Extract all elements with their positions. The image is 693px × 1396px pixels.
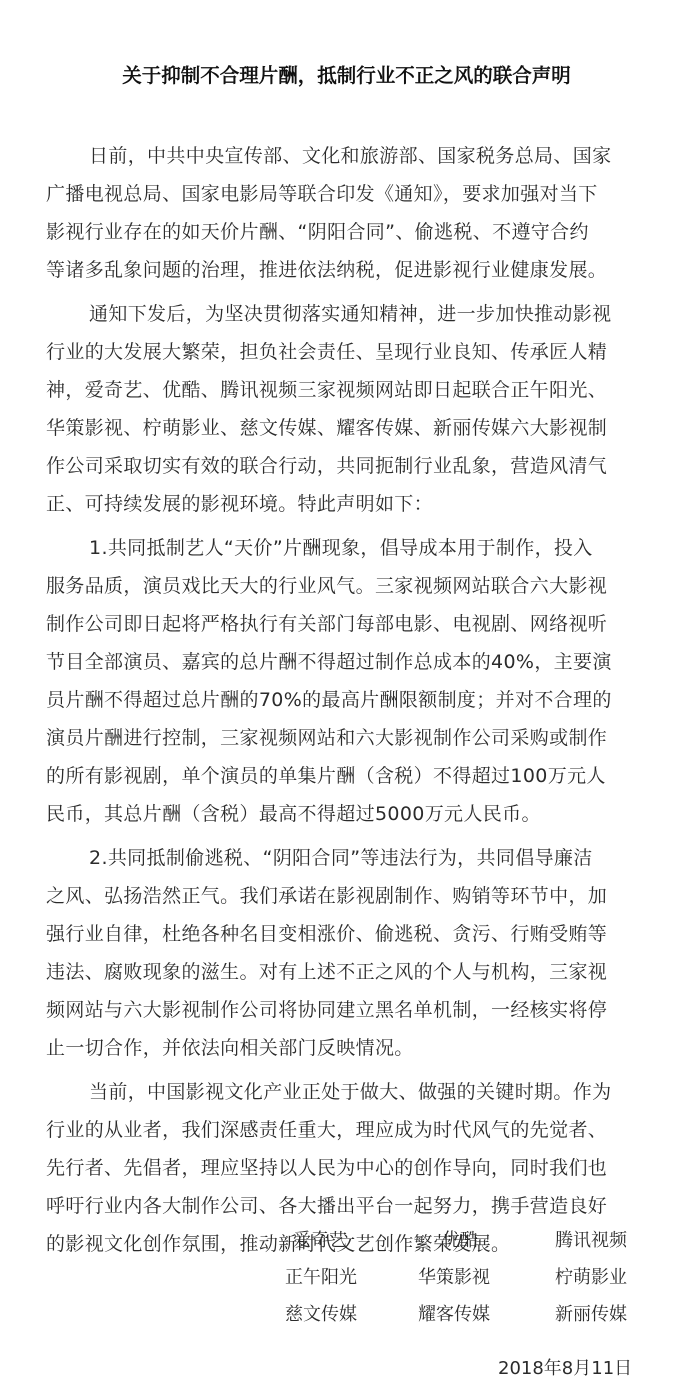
text-line: 华策影视、柠萌影业、慈文传媒、耀客传媒、新丽传媒六大影视制 xyxy=(46,409,646,447)
text-line: 通知下发后，为坚决贯彻落实通知精神，进一步加快推动影视 xyxy=(46,295,646,333)
text-line: 节目全部演员、嘉宾的总片酬不得超过制作总成本的40%，主要演 xyxy=(46,643,646,681)
paragraph-point-1: 1.共同抵制艺人“天价”片酬现象，倡导成本用于制作，投入 服务品质，演员戏比天大… xyxy=(46,529,646,833)
text-line: 之风、弘扬浩然正气。我们承诺在影视剧制作、购销等环节中，加 xyxy=(46,877,646,915)
text-line: 作公司采取切实有效的联合行动，共同扼制行业乱象，营造风清气 xyxy=(46,447,646,485)
signatory: 耀客传媒 xyxy=(418,1300,490,1326)
signatory: 正午阳光 xyxy=(285,1263,357,1289)
signatory: 腾讯视频 xyxy=(555,1226,627,1252)
document-date: 2018年8月11日 xyxy=(498,1354,632,1380)
text-line: 先行者、先倡者，理应坚持以人民为中心的创作导向，同时我们也 xyxy=(46,1149,646,1187)
signatory-row: 正午阳光 华策影视 柠萌影业 xyxy=(0,1263,693,1300)
signatory: 新丽传媒 xyxy=(555,1300,627,1326)
text-line: 员片酬不得超过总片酬的70%的最高片酬限额制度；并对不合理的 xyxy=(46,681,646,719)
text-line: 制作公司即日起将严格执行有关部门每部电影、电视剧、网络视听 xyxy=(46,605,646,643)
text-line: 频网站与六大影视制作公司将协同建立黑名单机制，一经核实将停 xyxy=(46,991,646,1029)
signatory: 优酷 xyxy=(442,1226,478,1252)
signatory-row: 爱奇艺 优酷 腾讯视频 xyxy=(0,1226,693,1263)
text-line: 影视行业存在的如天价片酬、“阴阳合同”、偷逃税、不遵守合约 xyxy=(46,213,646,251)
text-line: 日前，中共中央宣传部、文化和旅游部、国家税务总局、国家 xyxy=(46,137,646,175)
document-title: 关于抑制不合理片酬，抵制行业不正之风的联合声明 xyxy=(0,60,693,88)
text-line: 的所有影视剧，单个演员的单集片酬（含税）不得超过100万元人 xyxy=(46,757,646,795)
signatory-row: 慈文传媒 耀客传媒 新丽传媒 xyxy=(0,1300,693,1337)
text-line: 行业的大发展大繁荣，担负社会责任、呈现行业良知、传承匠人精 xyxy=(46,333,646,371)
text-line: 服务品质，演员戏比天大的行业风气。三家视频网站联合六大影视 xyxy=(46,567,646,605)
text-line: 止一切合作，并依法向相关部门反映情况。 xyxy=(46,1029,646,1067)
text-line: 强行业自律，杜绝各种名目变相涨价、偷逃税、贪污、行贿受贿等 xyxy=(46,915,646,953)
text-line: 行业的从业者，我们深感责任重大，理应成为时代风气的先觉者、 xyxy=(46,1111,646,1149)
text-line: 呼吁行业内各大制作公司、各大播出平台一起努力，携手营造良好 xyxy=(46,1187,646,1225)
statement-page: 关于抑制不合理片酬，抵制行业不正之风的联合声明 日前，中共中央宣传部、文化和旅游… xyxy=(0,0,693,1396)
paragraph-action: 通知下发后，为坚决贯彻落实通知精神，进一步加快推动影视 行业的大发展大繁荣，担负… xyxy=(46,295,646,523)
paragraph-point-2: 2.共同抵制偷逃税、“阴阳合同”等违法行为，共同倡导廉洁 之风、弘扬浩然正气。我… xyxy=(46,839,646,1067)
document-body: 日前，中共中央宣传部、文化和旅游部、国家税务总局、国家 广播电视总局、国家电影局… xyxy=(46,137,646,1263)
signatories: 爱奇艺 优酷 腾讯视频 正午阳光 华策影视 柠萌影业 慈文传媒 耀客传媒 新丽传… xyxy=(0,1226,693,1337)
signatory: 慈文传媒 xyxy=(285,1300,357,1326)
text-line: 违法、腐败现象的滋生。对有上述不正之风的个人与机构，三家视 xyxy=(46,953,646,991)
signatory: 柠萌影业 xyxy=(555,1263,627,1289)
text-line: 2.共同抵制偷逃税、“阴阳合同”等违法行为，共同倡导廉洁 xyxy=(46,839,646,877)
text-line: 正、可持续发展的影视环境。特此声明如下： xyxy=(46,485,646,523)
text-line: 演员片酬进行控制，三家视频网站和六大影视制作公司采购或制作 xyxy=(46,719,646,757)
signatory: 爱奇艺 xyxy=(293,1226,347,1252)
text-line: 神，爱奇艺、优酷、腾讯视频三家视频网站即日起联合正午阳光、 xyxy=(46,371,646,409)
signatory: 华策影视 xyxy=(418,1263,490,1289)
text-line: 民币，其总片酬（含税）最高不得超过5000万元人民币。 xyxy=(46,795,646,833)
text-line: 等诸多乱象问题的治理，推进依法纳税，促进影视行业健康发展。 xyxy=(46,251,646,289)
text-line: 广播电视总局、国家电影局等联合印发《通知》，要求加强对当下 xyxy=(46,175,646,213)
paragraph-intro: 日前，中共中央宣传部、文化和旅游部、国家税务总局、国家 广播电视总局、国家电影局… xyxy=(46,137,646,289)
text-line: 1.共同抵制艺人“天价”片酬现象，倡导成本用于制作，投入 xyxy=(46,529,646,567)
text-line: 当前，中国影视文化产业正处于做大、做强的关键时期。作为 xyxy=(46,1073,646,1111)
